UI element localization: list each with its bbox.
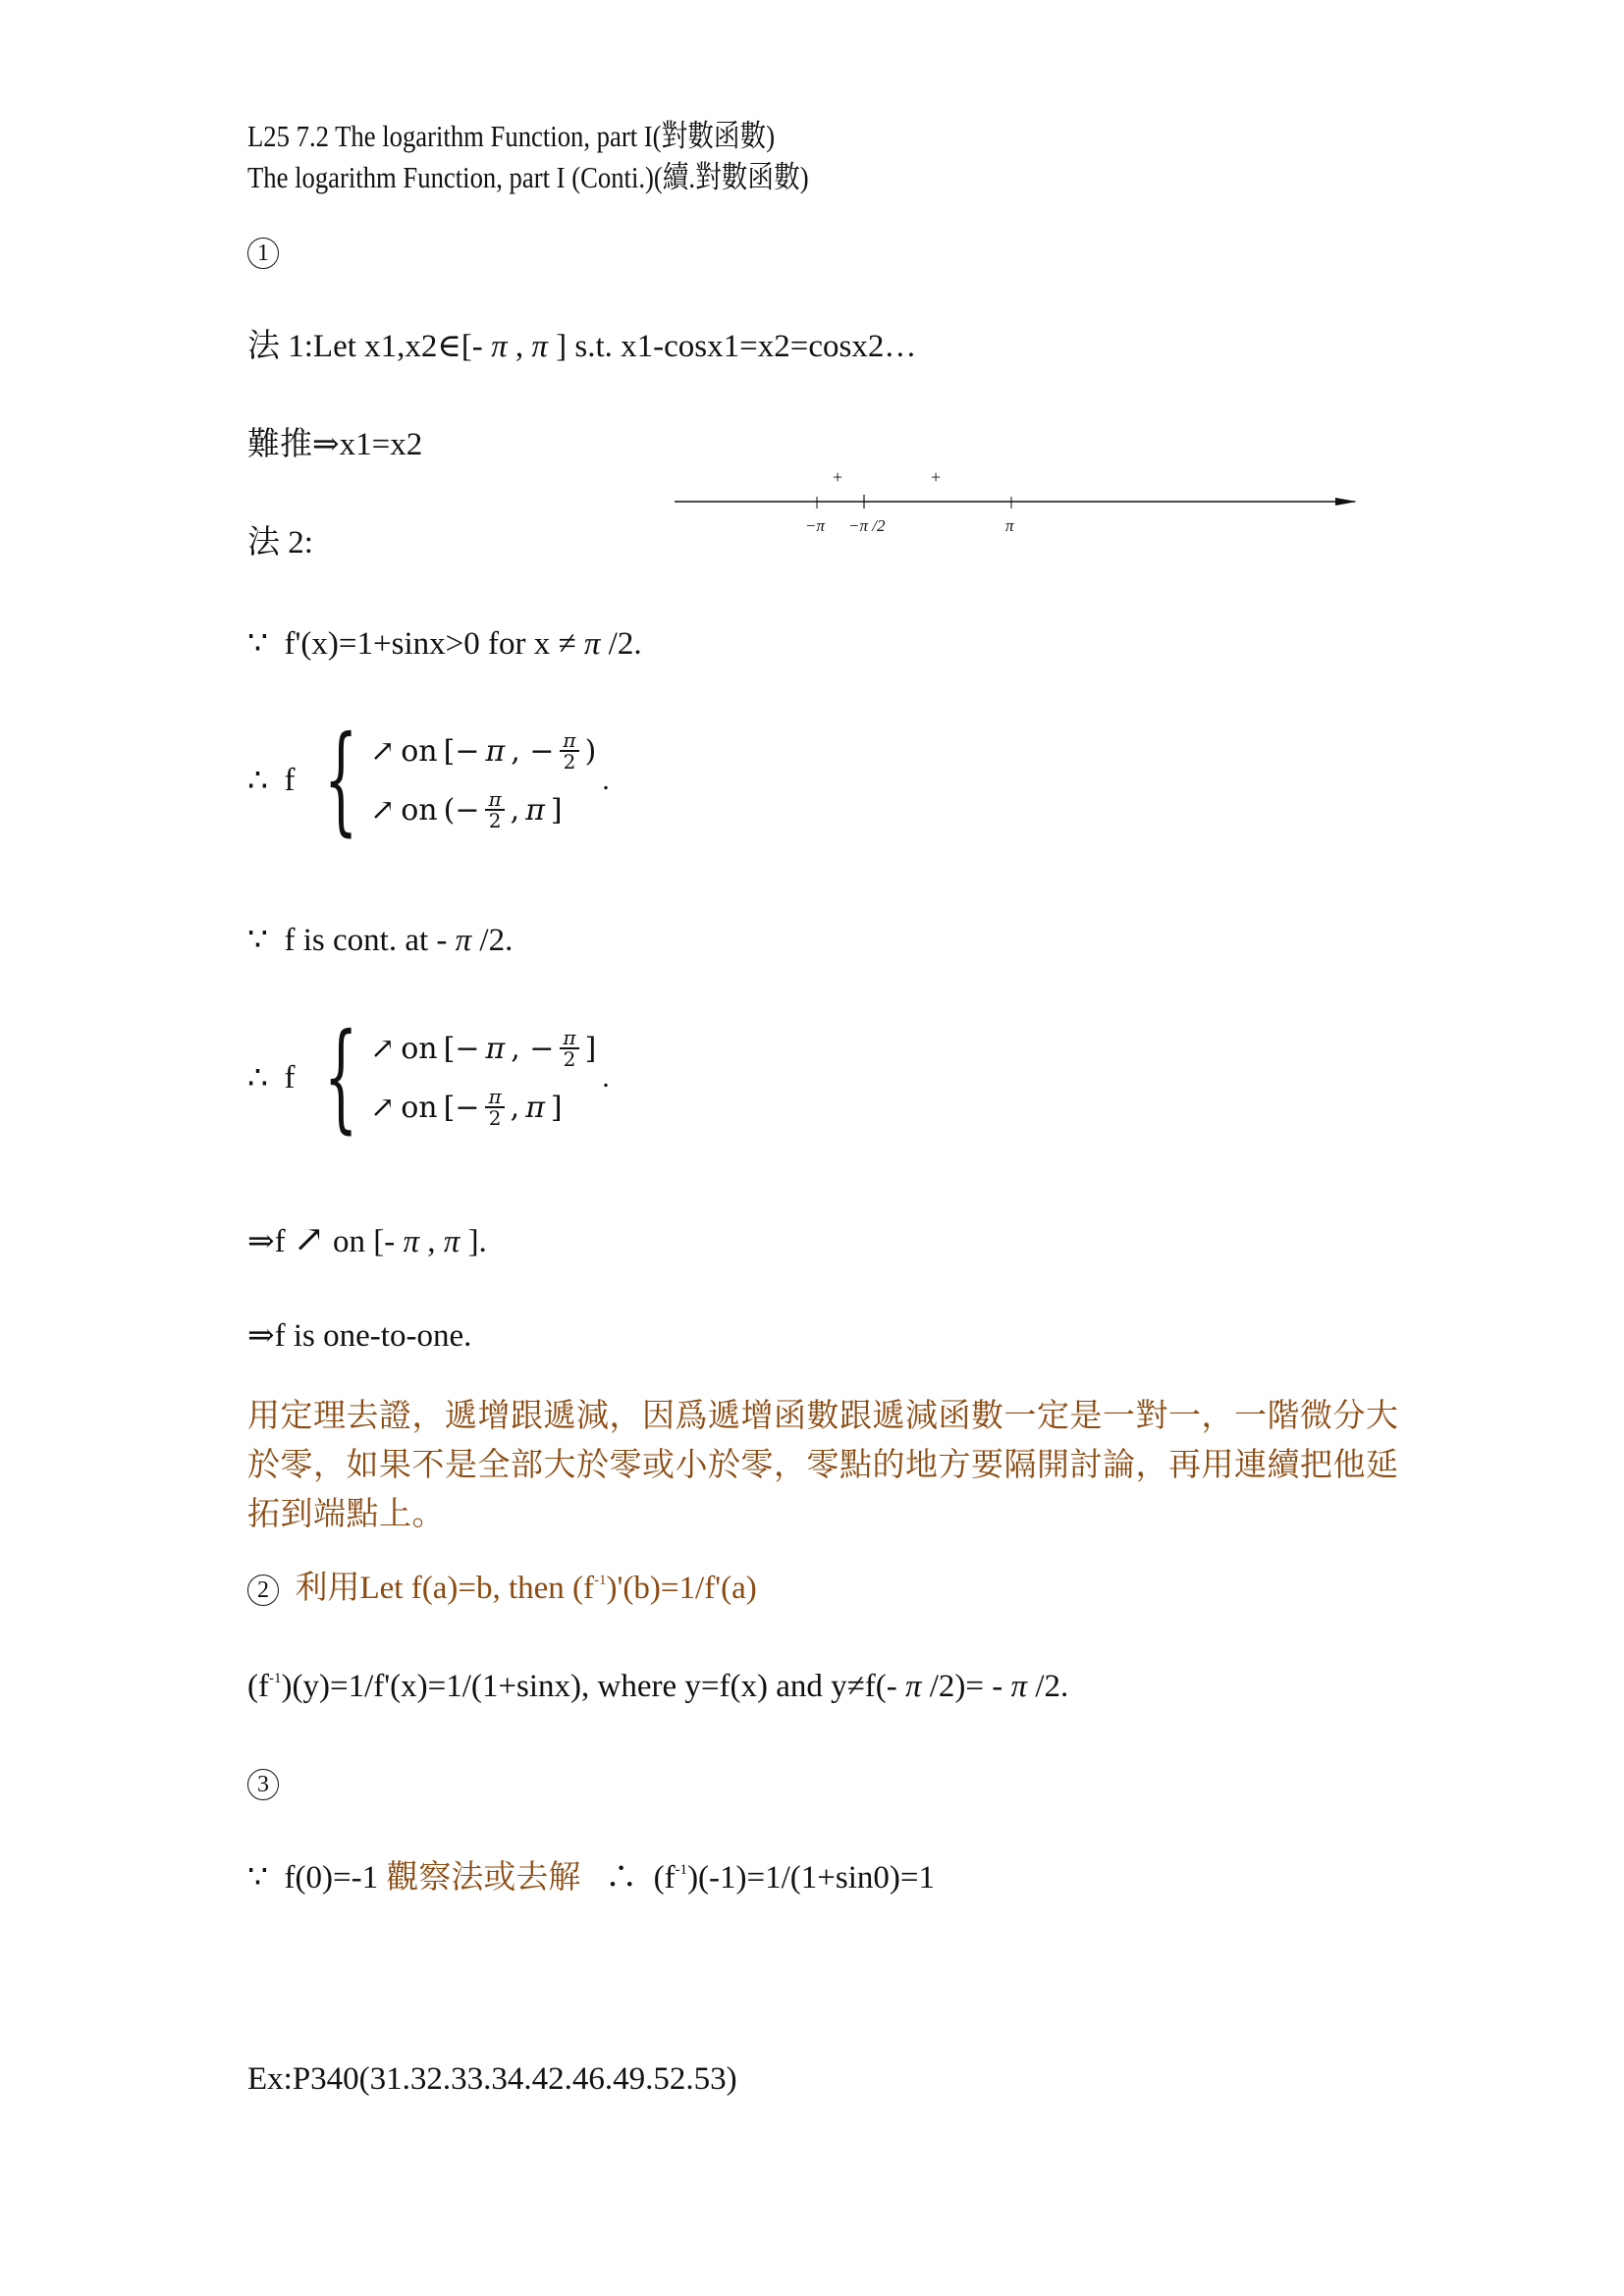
therefore-increasing-cases-2: ∴ f { ↗ on [−π , − π2] ↗ on [− π2, π ] . — [247, 1019, 610, 1137]
method1-label: 法 1: — [247, 329, 313, 364]
therefore-increasing-cases-1: ∴ f { ↗ on [−π , − π2) ↗ on (− π2, π ] . — [247, 721, 610, 839]
because-symbol: ∵ — [247, 1860, 268, 1896]
because-continuous: ∵ f is cont. at - π /2. — [247, 923, 513, 958]
part2-hint-line: 2 利用Let f(a)=b, then (f-1)'(b)=1/f'(a) — [247, 1571, 757, 1606]
sign-plus-right: + — [931, 467, 941, 488]
therefore-symbol: ∴ — [247, 1058, 268, 1097]
fraction-pi-over-2: π2 — [560, 730, 578, 772]
sign-plus-left: + — [833, 467, 842, 488]
left-brace: { — [324, 721, 357, 839]
part1-marker: 1 — [247, 234, 279, 269]
increasing-arrow-icon: ↗ — [370, 734, 395, 769]
tick-label-pi: π — [1005, 516, 1014, 536]
case-row: ↗ on [− π2, π ] — [370, 1087, 596, 1128]
explanation-note: 用定理去證，遞增跟遞減，因爲遞增函數跟遞減函數一定是一對一，一階微分大於零，如果… — [247, 1392, 1406, 1539]
lecture-title: L25 7.2 The logarithm Function, part I(對… — [247, 120, 775, 153]
case-row: ↗ on (− π2, π ] — [370, 789, 596, 830]
sign-chart-number-line: + + −π −π /2 π — [668, 461, 1375, 540]
fraction-pi-over-2: π2 — [485, 789, 504, 830]
therefore-symbol: ∴ — [247, 761, 268, 800]
left-brace: { — [324, 1019, 357, 1137]
case-row: ↗ on [−π , − π2] — [370, 1028, 596, 1069]
hard-to-derive-line: 難推⇒x1=x2 — [247, 427, 422, 462]
because-derivative-positive: ∵ f'(x)=1+sinx>0 for x ≠ π /2. — [247, 626, 642, 662]
therefore-symbol: ∴ — [605, 1860, 637, 1896]
method1-line: 法 1:Let x1,x2∈[- π , π ] s.t. x1-cosx1=x… — [247, 329, 916, 364]
increasing-arrow-icon: ↗ — [370, 1091, 395, 1125]
increasing-arrow-icon: ↗ — [370, 1032, 395, 1066]
circled-number-3: 3 — [247, 1769, 279, 1800]
increasing-arrow-icon: ↗ — [294, 1219, 325, 1260]
increasing-arrow-icon: ↗ — [370, 793, 395, 828]
tick-label-neg-pi: −π — [805, 516, 825, 536]
fraction-pi-over-2: π2 — [560, 1028, 578, 1069]
method2-label: 法 2: — [247, 525, 313, 561]
inverse-derivative-formula: (f-1)(y)=1/f'(x)=1/(1+sinx), where y=f(x… — [247, 1669, 1068, 1704]
conclusion-increasing: ⇒f ↗ on [- π , π ]. — [247, 1220, 487, 1261]
circled-number-1: 1 — [247, 238, 279, 269]
conclusion-one-to-one: ⇒f is one-to-one. — [247, 1318, 471, 1354]
part3-computation: ∵ f(0)=-1 觀察法或去解 ∴ (f-1)(-1)=1/(1+sin0)=… — [247, 1860, 935, 1896]
tick-label-neg-pi-half: −π /2 — [848, 516, 885, 536]
part3-marker: 3 — [247, 1765, 279, 1800]
observation-note: 觀察法或去解 — [386, 1860, 580, 1896]
because-symbol: ∵ — [247, 626, 268, 662]
circled-number-2: 2 — [247, 1575, 279, 1606]
exercise-list: Ex:P340(31.32.33.34.42.46.49.52.53) — [247, 2061, 737, 2097]
number-line-axis — [668, 461, 1375, 540]
fraction-pi-over-2: π2 — [485, 1087, 504, 1128]
lecture-subtitle: The logarithm Function, part I (Conti.)(… — [247, 161, 809, 194]
case-row: ↗ on [−π , − π2) — [370, 730, 596, 772]
because-symbol: ∵ — [247, 923, 268, 958]
